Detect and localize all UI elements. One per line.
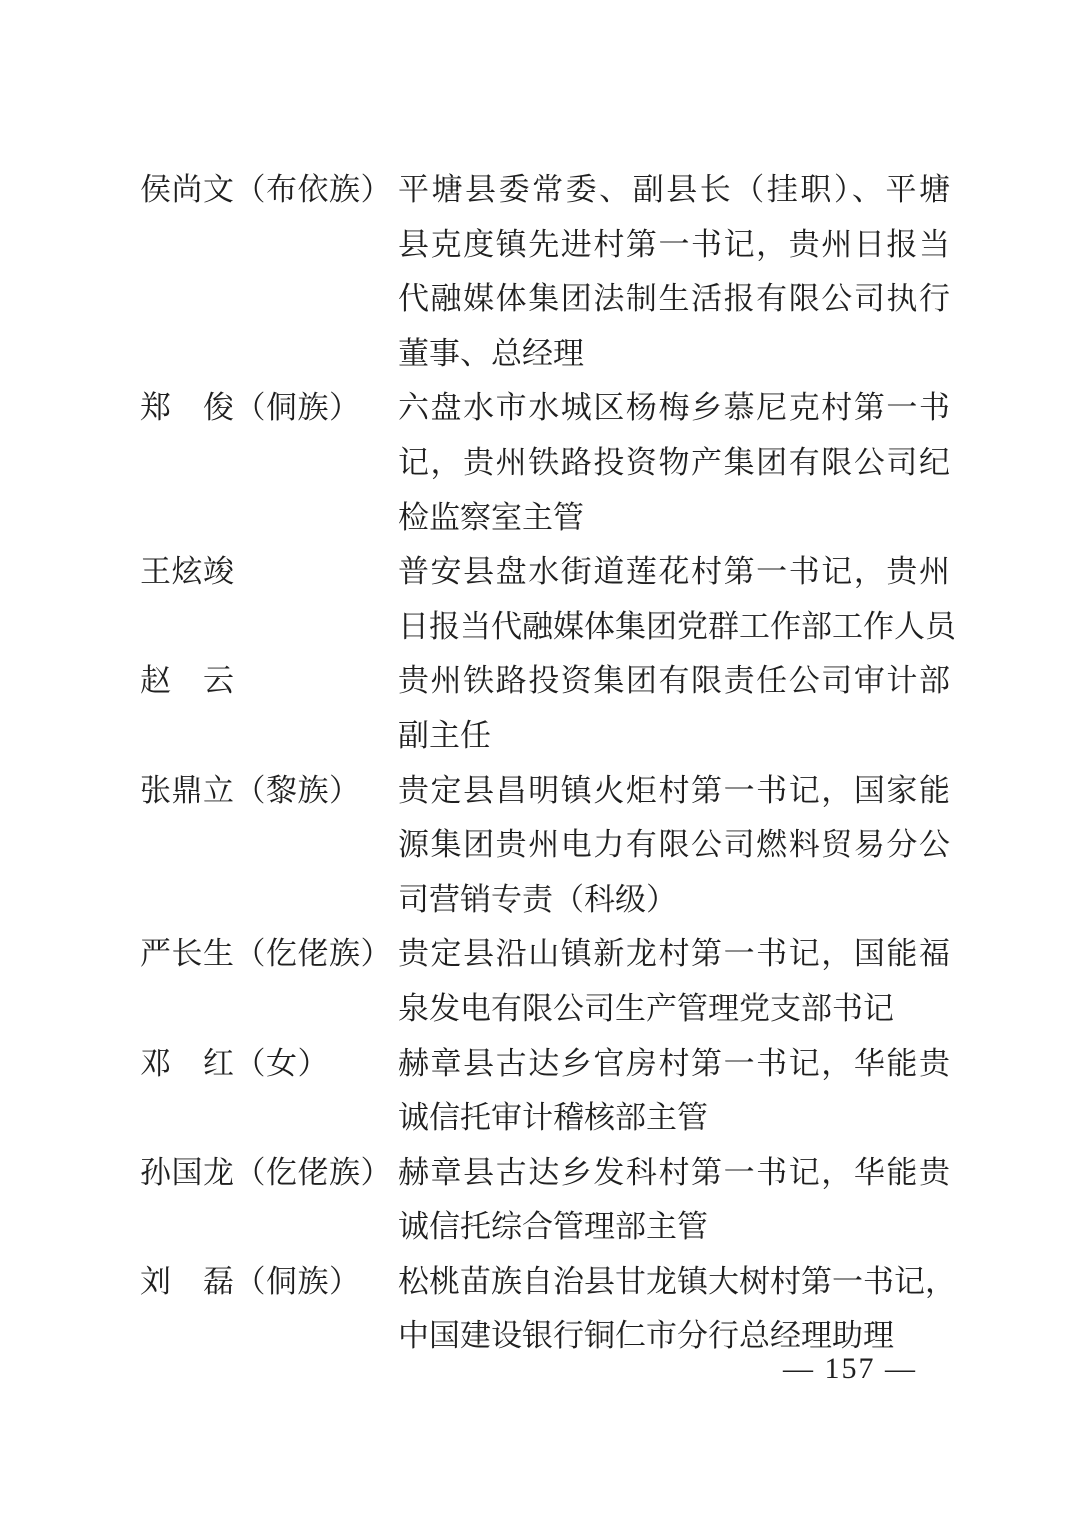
- person-name: 邓 红（女）: [140, 1037, 398, 1092]
- roster-list: 侯尚文（布依族） 平塘县委常委、副县长（挂职）、平塘县克度镇先进村第一书记，贵州…: [140, 163, 950, 1364]
- roster-entry: 王炫竣 普安县盘水街道莲花村第一书记，贵州日报当代融媒体集团党群工作部工作人员: [140, 545, 950, 654]
- person-note: （仡佬族）: [235, 936, 393, 971]
- position-line: 检监察室主管: [398, 491, 950, 546]
- roster-entry: 严长生（仡佬族） 贵定县沿山镇新龙村第一书记，国能福泉发电有限公司生产管理党支部…: [140, 927, 950, 1036]
- roster-entry: 孙国龙（仡佬族） 赫章县古达乡发科村第一书记，华能贵诚信托综合管理部主管: [140, 1146, 950, 1255]
- person-name-text: 孙国龙: [140, 1155, 235, 1190]
- position-line: 泉发电有限公司生产管理党支部书记: [398, 982, 950, 1037]
- person-position: 平塘县委常委、副县长（挂职）、平塘县克度镇先进村第一书记，贵州日报当代融媒体集团…: [398, 163, 950, 381]
- roster-entry: 郑 俊（侗族） 六盘水市水城区杨梅乡慕尼克村第一书记，贵州铁路投资物产集团有限公…: [140, 381, 950, 545]
- person-name: 王炫竣: [140, 545, 398, 600]
- person-position: 贵定县昌明镇火炬村第一书记，国家能源集团贵州电力有限公司燃料贸易分公司营销专责（…: [398, 764, 950, 928]
- person-note: （女）: [235, 1046, 330, 1081]
- roster-entry: 邓 红（女） 赫章县古达乡官房村第一书记，华能贵诚信托审计稽核部主管: [140, 1037, 950, 1146]
- position-line: 赫章县古达乡官房村第一书记，华能贵: [398, 1037, 950, 1092]
- position-line: 诚信托综合管理部主管: [398, 1200, 950, 1255]
- position-line: 董事、总经理: [398, 327, 950, 382]
- position-line: 副主任: [398, 709, 950, 764]
- position-line: 普安县盘水街道莲花村第一书记，贵州: [398, 545, 950, 600]
- person-note: （侗族）: [235, 390, 361, 425]
- position-line: 源集团贵州电力有限公司燃料贸易分公: [398, 818, 950, 873]
- person-name-text: 邓 红: [140, 1046, 235, 1081]
- person-name: 刘 磊（侗族）: [140, 1255, 398, 1310]
- person-name-text: 刘 磊: [140, 1264, 235, 1299]
- person-position: 赫章县古达乡官房村第一书记，华能贵诚信托审计稽核部主管: [398, 1037, 950, 1146]
- position-line: 司营销专责（科级）: [398, 873, 950, 928]
- person-position: 六盘水市水城区杨梅乡慕尼克村第一书记，贵州铁路投资物产集团有限公司纪检监察室主管: [398, 381, 950, 545]
- position-line: 诚信托审计稽核部主管: [398, 1091, 950, 1146]
- person-name-text: 张鼎立: [140, 773, 235, 808]
- person-name: 严长生（仡佬族）: [140, 927, 398, 982]
- person-note: （仡佬族）: [235, 1155, 393, 1190]
- person-name: 侯尚文（布依族）: [140, 163, 398, 218]
- person-position: 贵州铁路投资集团有限责任公司审计部副主任: [398, 654, 950, 763]
- person-position: 普安县盘水街道莲花村第一书记，贵州日报当代融媒体集团党群工作部工作人员: [398, 545, 950, 654]
- position-line: 日报当代融媒体集团党群工作部工作人员: [398, 600, 950, 655]
- person-name-text: 侯尚文: [140, 172, 235, 207]
- position-line: 平塘县委常委、副县长（挂职）、平塘: [398, 163, 950, 218]
- person-name: 赵 云: [140, 654, 398, 709]
- person-name-text: 严长生: [140, 936, 235, 971]
- person-name: 郑 俊（侗族）: [140, 381, 398, 436]
- person-position: 赫章县古达乡发科村第一书记，华能贵诚信托综合管理部主管: [398, 1146, 950, 1255]
- person-name: 孙国龙（仡佬族）: [140, 1146, 398, 1201]
- position-line: 赫章县古达乡发科村第一书记，华能贵: [398, 1146, 950, 1201]
- position-line: 代融媒体集团法制生活报有限公司执行: [398, 272, 950, 327]
- position-line: 贵定县沿山镇新龙村第一书记，国能福: [398, 927, 950, 982]
- position-line: 六盘水市水城区杨梅乡慕尼克村第一书: [398, 381, 950, 436]
- roster-entry: 侯尚文（布依族） 平塘县委常委、副县长（挂职）、平塘县克度镇先进村第一书记，贵州…: [140, 163, 950, 381]
- person-note: （侗族）: [235, 1264, 361, 1299]
- position-line: 松桃苗族自治县甘龙镇大树村第一书记，: [398, 1255, 950, 1310]
- person-name-text: 赵 云: [140, 663, 235, 698]
- person-position: 贵定县沿山镇新龙村第一书记，国能福泉发电有限公司生产管理党支部书记: [398, 927, 950, 1036]
- roster-entry: 刘 磊（侗族） 松桃苗族自治县甘龙镇大树村第一书记，中国建设银行铜仁市分行总经理…: [140, 1255, 950, 1364]
- person-position: 松桃苗族自治县甘龙镇大树村第一书记，中国建设银行铜仁市分行总经理助理: [398, 1255, 950, 1364]
- person-note: （黎族）: [235, 773, 361, 808]
- roster-entry: 张鼎立（黎族） 贵定县昌明镇火炬村第一书记，国家能源集团贵州电力有限公司燃料贸易…: [140, 764, 950, 928]
- roster-entry: 赵 云 贵州铁路投资集团有限责任公司审计部副主任: [140, 654, 950, 763]
- person-name-text: 王炫竣: [140, 554, 235, 589]
- position-line: 贵州铁路投资集团有限责任公司审计部: [398, 654, 950, 709]
- position-line: 记，贵州铁路投资物产集团有限公司纪: [398, 436, 950, 491]
- page-number: — 157 —: [140, 1349, 945, 1389]
- person-name: 张鼎立（黎族）: [140, 764, 398, 819]
- person-name-text: 郑 俊: [140, 390, 235, 425]
- position-line: 贵定县昌明镇火炬村第一书记，国家能: [398, 764, 950, 819]
- position-line: 县克度镇先进村第一书记，贵州日报当: [398, 218, 950, 273]
- person-note: （布依族）: [235, 172, 393, 207]
